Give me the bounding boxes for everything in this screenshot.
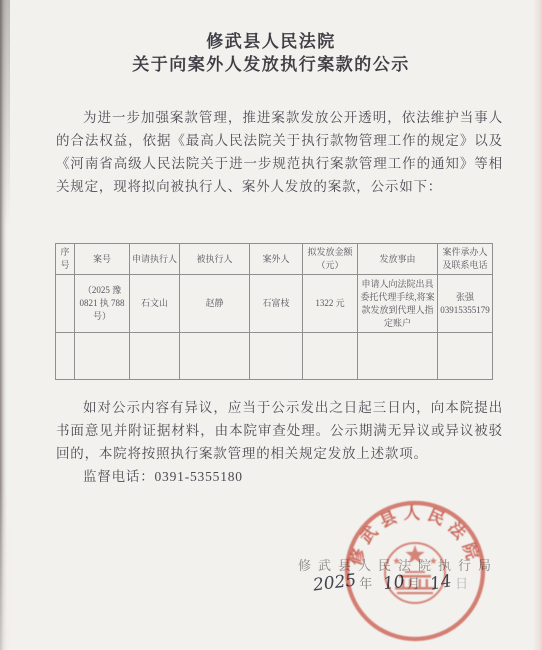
- cell-outsider: 石富枝: [250, 275, 303, 333]
- col-header-handler: 案件承办人及联系电话: [438, 244, 493, 275]
- handwritten-day: 14: [429, 571, 454, 594]
- col-header-respondent: 被执行人: [180, 244, 250, 275]
- cell-handler: 张强 03915355179: [438, 275, 493, 333]
- case-funds-table: 序号 案号 申请执行人 被执行人 案外人 拟发放金额（元） 发放事由 案件承办人…: [55, 243, 493, 380]
- signature-org: 修武县人民法院执行局: [298, 555, 514, 574]
- handwritten-month: 10: [381, 572, 405, 594]
- handler-phone: 03915355179: [440, 304, 490, 317]
- year-label: 年: [359, 576, 374, 591]
- cell-applicant: 石文山: [130, 275, 180, 333]
- cell-seq: [56, 275, 75, 333]
- supervision-phone: 监督电话：0391-5355180: [56, 465, 503, 488]
- scanned-notice-page: 修武县人民法院 关于向案外人发放执行案款的公示 为进一步加强案款管理，推进案款发…: [0, 0, 542, 650]
- table-row: （2025 豫 0821 执 788 号） 石文山 赵静 石富枝 1322 元 …: [56, 275, 493, 333]
- col-header-outsider: 案外人: [250, 244, 303, 275]
- court-name-title: 修武县人民法院: [0, 30, 542, 53]
- closing-text: 如对公示内容有异议，应当于公示发出之日起三日内，向本院提出书面意见并附证据材料，…: [56, 396, 503, 465]
- intro-paragraph: 为进一步加强案款管理，推进案款发放公开透明，依法维护当事人的合法权益，依据《最高…: [56, 106, 503, 198]
- col-header-reason: 发放事由: [358, 244, 438, 275]
- table-empty-row: [56, 333, 493, 380]
- month-label: 月: [407, 576, 422, 591]
- cell-respondent: 赵静: [180, 275, 250, 333]
- cell-reason: 申请人向法院出具委托代理手续,将案款发放到代理人指定账户: [358, 275, 438, 333]
- notice-title: 修武县人民法院 关于向案外人发放执行案款的公示: [0, 30, 542, 76]
- day-label: 日: [455, 576, 470, 591]
- signature-date: 2025年 10月 14日: [310, 573, 520, 593]
- cell-amount: 1322 元: [303, 275, 358, 333]
- col-header-case-no: 案号: [75, 244, 130, 275]
- handler-name: 张强: [440, 291, 490, 304]
- notice-subject-title: 关于向案外人发放执行案款的公示: [0, 53, 542, 76]
- col-header-applicant: 申请执行人: [130, 244, 180, 275]
- handwritten-year: 2025: [312, 570, 357, 595]
- cell-case-no: （2025 豫 0821 执 788 号）: [75, 275, 130, 333]
- scan-edge-left-fade: [0, 0, 10, 650]
- closing-paragraph: 如对公示内容有异议，应当于公示发出之日起三日内，向本院提出书面意见并附证据材料，…: [56, 396, 503, 488]
- col-header-seq: 序号: [56, 244, 75, 275]
- intro-text: 为进一步加强案款管理，推进案款发放公开透明，依法维护当事人的合法权益，依据《最高…: [56, 106, 503, 198]
- scan-edge-left: [0, 0, 7, 650]
- scan-edge-right: [533, 0, 542, 650]
- col-header-amount: 拟发放金额（元）: [303, 244, 358, 275]
- table-header-row: 序号 案号 申请执行人 被执行人 案外人 拟发放金额（元） 发放事由 案件承办人…: [56, 244, 493, 275]
